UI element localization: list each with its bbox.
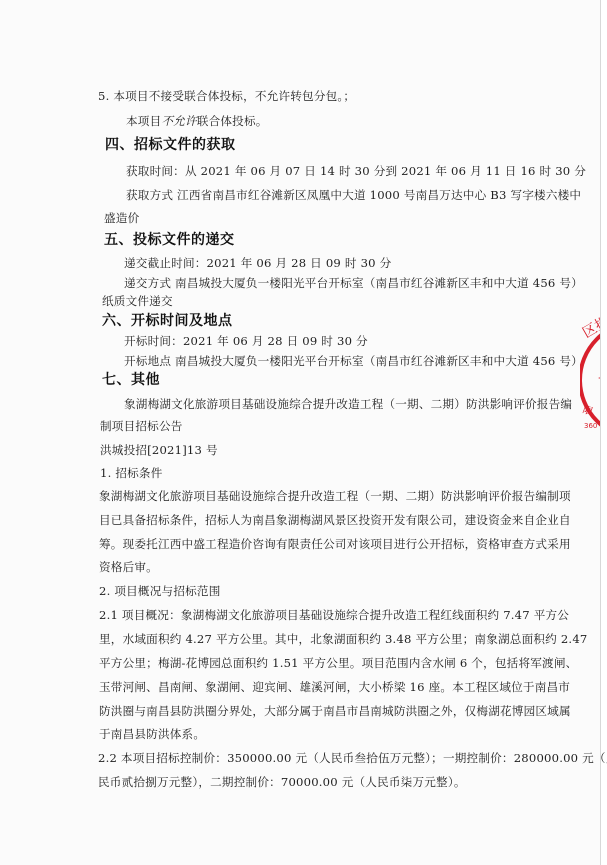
svg-text:360: 360 <box>584 422 597 430</box>
note-suffix: 联合体投标。 <box>197 114 268 128</box>
item-5-text: 5. 本项目不接受联合体投标，不允许转包分包。； <box>98 88 355 104</box>
official-seal: 区投 360 限 <box>580 300 600 460</box>
section-6-time: 开标时间：2021 年 06 月 28 日 09 时 30 分 <box>124 333 368 349</box>
subsection-2-1-line: 防洪圈与南昌县防洪圈分界处，大部分属于南昌市昌南城防洪圈之外，仅梅湖花博园区域属 <box>99 703 571 719</box>
section-6-heading: 六、开标时间及地点 <box>102 312 233 330</box>
section-6-place: 开标地点 南昌城投大厦负一楼阳光平台开标室（南昌市红谷滩新区丰和中大道 456 … <box>124 353 583 369</box>
section-5-method-line2: 纸质文件递交 <box>102 293 173 309</box>
section-4-time: 获取时间：从 2021 年 06 月 07 日 14 时 30 分到 2021 … <box>126 163 586 179</box>
section-4-method-line2: 盛造价 <box>104 210 139 226</box>
announcement-title-line1: 象湖梅湖文化旅游项目基础设施综合提升改造工程（一期、二期）防洪影响评价报告编 <box>124 396 572 412</box>
section-5-deadline: 递交截止时间：2021 年 06 月 28 日 09 时 30 分 <box>124 255 391 271</box>
announcement-title-line2: 制项目招标公告 <box>100 418 183 434</box>
subsection-2-2-line: 民币贰拾捌万元整），二期控制价：70000.00 元（人民币柒万元整）。 <box>98 774 466 790</box>
note-italic: 不允许 <box>161 114 196 128</box>
subsection-1-heading: 1. 招标条件 <box>100 465 163 481</box>
subsection-1-line: 目已具备招标条件，招标人为南昌象湖梅湖风景区投资开发有限公司，建设资金来自企业自 <box>99 512 571 528</box>
subsection-2-1-line: 于南昌县防洪体系。 <box>99 726 205 742</box>
section-7-heading: 七、其他 <box>102 371 160 389</box>
seal-icon: 区投 360 限 <box>580 300 600 460</box>
subsection-1-line: 筹。现委托江西中盛工程造价咨询有限责任公司对该项目进行公开招标，资格审查方式采用 <box>99 536 571 552</box>
subsection-1-line: 象湖梅湖文化旅游项目基础设施综合提升改造工程（一期、二期）防洪影响评价报告编制项 <box>99 488 571 504</box>
document-page: 5. 本项目不接受联合体投标，不允许转包分包。； 本项目不允许联合体投标。 四、… <box>0 0 601 865</box>
document-number: 洪城投招[2021]13 号 <box>100 442 218 458</box>
subsection-2-1-line: 平方公里；梅湖-花博园总面积约 1.51 平方公里。项目范围内含水闸 6 个，包… <box>99 655 577 671</box>
subsection-2-2-line: 2.2 本项目招标控制价：350000.00 元（人民币叁拾伍万元整）；一期控制… <box>98 750 607 766</box>
item-5-note: 本项目不允许联合体投标。 <box>126 113 268 129</box>
note-prefix: 本项目 <box>126 114 161 128</box>
subsection-2-1-line: 玉带河闸、昌南闸、象湖闸、迎宾闸、雄溪河闸，大小桥梁 16 座。本工程区域位于南… <box>99 679 570 695</box>
subsection-2-1-line: 2.1 项目概况：象湖梅湖文化旅游项目基础设施综合提升改造工程红线面积约 7.4… <box>99 607 569 623</box>
section-4-heading: 四、招标文件的获取 <box>105 136 236 154</box>
subsection-2-heading: 2. 项目概况与招标范围 <box>99 583 221 599</box>
section-5-heading: 五、投标文件的递交 <box>104 231 235 249</box>
section-4-method-line1: 获取方式 江西省南昌市红谷滩新区凤凰中大道 1000 号南昌万达中心 B3 写字… <box>126 187 581 203</box>
subsection-1-line: 资格后审。 <box>99 559 158 575</box>
subsection-2-1-line: 里，水域面积约 4.27 平方公里。其中，北象湖面积约 3.48 平方公里；南象… <box>99 631 587 647</box>
section-5-method-line1: 递交方式 南昌城投大厦负一楼阳光平台开标室（南昌市红谷滩新区丰和中大道 456 … <box>124 275 583 291</box>
